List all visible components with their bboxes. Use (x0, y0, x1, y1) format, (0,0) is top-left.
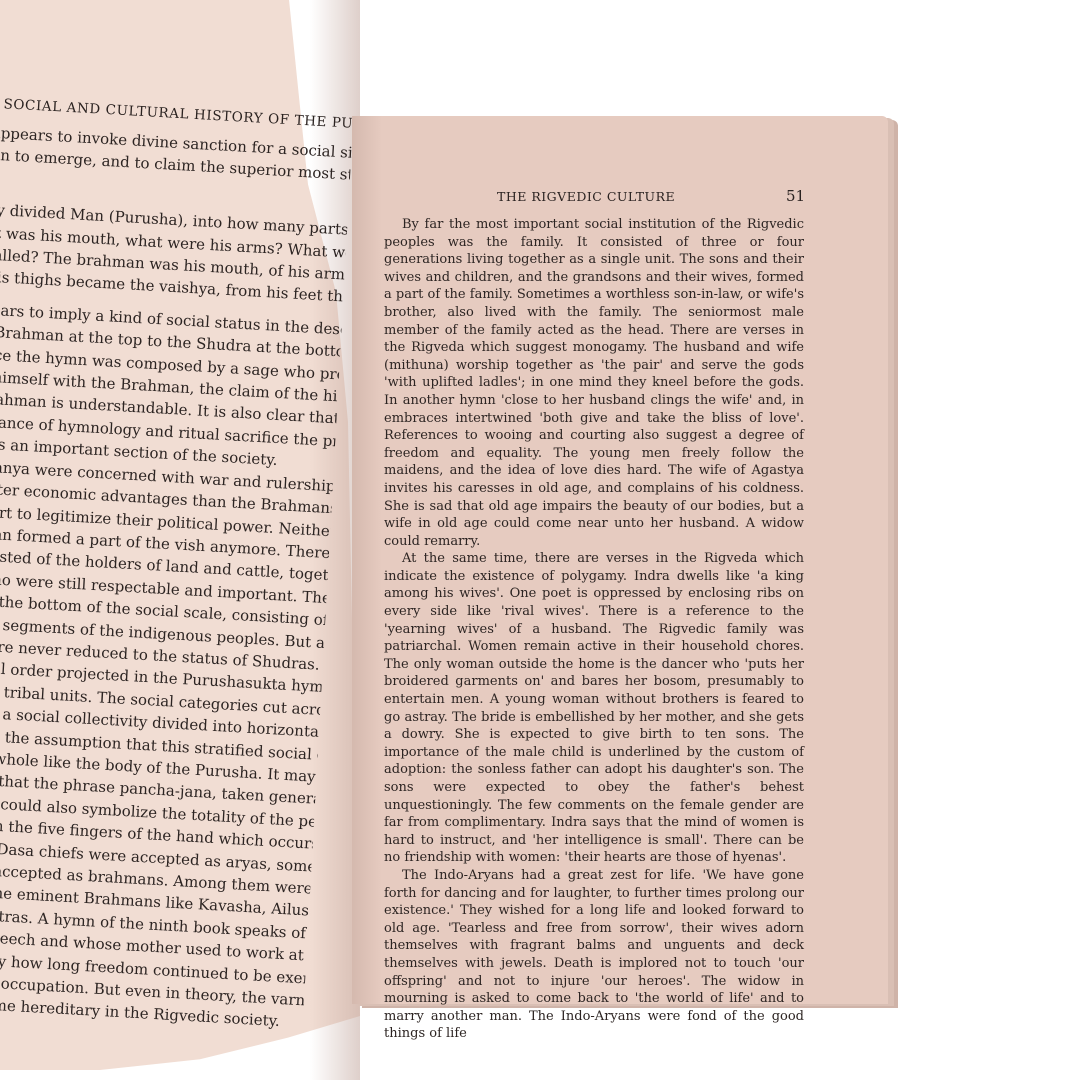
gutter-shadow (352, 116, 382, 1004)
page-number: 51 (786, 187, 805, 205)
paragraph-family: By far the most important social institu… (384, 216, 804, 550)
left-page-content: SOCIAL AND CULTURAL HISTORY OF THE PUNJA… (0, 96, 359, 1035)
left-page-text: appears to invoke divine sanction for a … (0, 122, 352, 1035)
right-page-text: By far the most important social institu… (384, 216, 804, 1043)
right-running-head: THE RIGVEDIC CULTURE (497, 189, 675, 204)
paragraph-zest-for-life: The Indo-Aryans had a great zest for lif… (384, 867, 804, 1043)
paragraph-polygamy: At the same time, there are verses in th… (384, 550, 804, 867)
